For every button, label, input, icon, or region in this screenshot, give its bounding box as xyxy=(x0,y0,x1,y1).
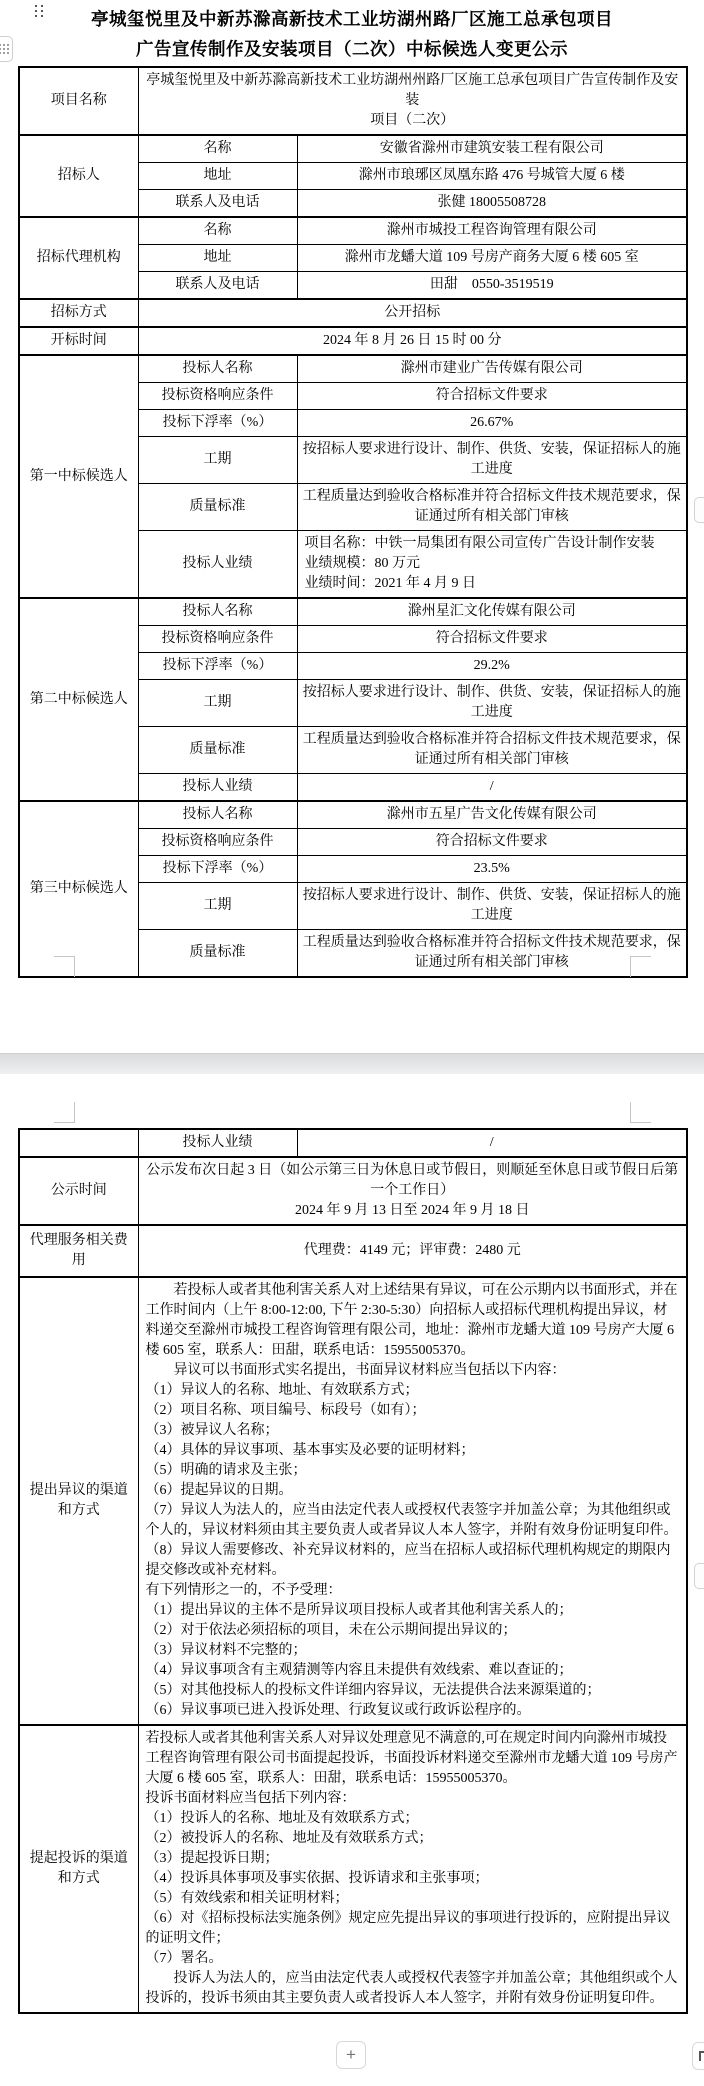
row-group-label: 招标代理机构 xyxy=(19,217,138,299)
field-key-cell: 地址 xyxy=(138,163,297,190)
field-key-cell: 质量标准 xyxy=(138,484,297,531)
paragraph-line: （6）异议事项已进入投诉处理、行政复议或行政诉讼程序的。 xyxy=(146,1701,681,1721)
paragraph-line: （1）提出异议的主体不是所异议项目投标人或者其他利害关系人的； xyxy=(146,1601,681,1621)
paragraph-line: （2）项目名称、项目编号、标段号（如有）； xyxy=(146,1401,681,1421)
paragraph-line: （7）异议人为法人的，应当由法定代表人或授权代表签字并加盖公章；为其他组织或个人… xyxy=(146,1501,681,1541)
field-value-cell: 工程质量达到验收合格标准并符合招标文件技术规范要求，保证通过所有相关部门审核 xyxy=(297,930,687,978)
right-edge-handle[interactable] xyxy=(694,497,704,523)
field-value-cell: 符合招标文件要求 xyxy=(297,383,687,410)
page-separator xyxy=(0,1053,704,1074)
paragraph-line: （1）投诉人的名称、地址及有效联系方式； xyxy=(146,1809,681,1829)
row-group-label: 提起投诉的渠道和方式 xyxy=(19,1725,138,2013)
field-key-cell: 名称 xyxy=(138,135,297,163)
field-key-cell: 投标下浮率（%） xyxy=(138,653,297,680)
field-key-cell: 质量标准 xyxy=(138,930,297,978)
crop-mark xyxy=(630,1102,631,1123)
side-drag-handle-button[interactable] xyxy=(0,36,13,62)
paragraph-line: 若投标人或者其他利害关系人对上述结果有异议，可在公示期内以书面形式，并在工作时间… xyxy=(146,1281,681,1361)
paragraph-line: 异议可以书面形式实名提出，书面异议材料应当包括以下内容： xyxy=(146,1361,681,1381)
right-edge-handle[interactable] xyxy=(694,1563,704,1589)
field-value-cell: 按招标人要求进行设计、制作、供货、安装，保证招标人的施工进度 xyxy=(297,437,687,484)
field-value-cell: 公开招标 xyxy=(138,299,687,327)
field-value-cell: 滁州市城投工程咨询管理有限公司 xyxy=(297,217,687,245)
bid-announcement-table-page1: 项目名称亭城玺悦里及中新苏滁高新技术工业坊湖州州路厂区施工总承包项目广告宣传制作… xyxy=(18,66,688,978)
row-group-label: 第二中标候选人 xyxy=(19,598,138,801)
field-key-cell: 投标人业绩 xyxy=(138,774,297,802)
bid-announcement-table-page2: 投标人业绩/公示时间公示发布次日起 3 日（如公示第三日为休息日或节假日，则顺延… xyxy=(18,1128,688,2014)
field-value-cell: 符合招标文件要求 xyxy=(297,829,687,856)
field-key-cell: 投标资格响应条件 xyxy=(138,383,297,410)
field-key-cell: 投标资格响应条件 xyxy=(138,626,297,653)
crop-mark xyxy=(74,1102,75,1123)
field-key-cell: 投标人名称 xyxy=(138,801,297,829)
row-group-label xyxy=(19,1129,138,1157)
field-value-cell: 按招标人要求进行设计、制作、供货、安装，保证招标人的施工进度 xyxy=(297,680,687,727)
nine-dot-grid-icon xyxy=(0,44,9,54)
paragraph-line: （4）异议事项含有主观猜测等内容且未提供有效线索、难以查证的； xyxy=(146,1661,681,1681)
field-key-cell: 名称 xyxy=(138,217,297,245)
row-group-label: 公示时间 xyxy=(19,1157,138,1225)
paragraph-line: （7）署名。 xyxy=(146,1949,681,1969)
field-key-cell: 投标人名称 xyxy=(138,598,297,626)
field-key-cell: 工期 xyxy=(138,680,297,727)
crop-mark xyxy=(74,956,75,977)
field-value-cell: 代理费：4149 元；评审费：2480 元 xyxy=(138,1225,687,1277)
field-value-cell: 滁州市龙蟠大道 109 号房产商务大厦 6 楼 605 室 xyxy=(297,245,687,272)
paragraph-line: 若投标人或者其他利害关系人对异议处理意见不满意的,可在规定时间内向滁州市城投工程… xyxy=(146,1729,681,1789)
paragraph-line: （8）异议人需要修改、补充异议材料的，应当在招标人或招标代理机构规定的期限内提交… xyxy=(146,1541,681,1581)
field-value-cell: / xyxy=(297,774,687,802)
paragraph-line: 投诉书面材料应当包括下列内容： xyxy=(146,1789,681,1809)
paragraph-line: （5）对其他投标人的投标文件详细内容异议，无法提供合法来源渠道的； xyxy=(146,1681,681,1701)
paragraph-line: （2）被投诉人的名称、地址及有效联系方式； xyxy=(146,1829,681,1849)
crop-mark xyxy=(630,1122,651,1123)
paragraph-line: （5）有效线索和相关证明材料； xyxy=(146,1889,681,1909)
crop-mark xyxy=(630,956,651,957)
zoom-in-button[interactable]: + xyxy=(336,2041,366,2069)
field-key-cell: 投标人名称 xyxy=(138,355,297,383)
field-value-cell: 2024 年 8 月 26 日 15 时 00 分 xyxy=(138,327,687,355)
field-value-cell: 项目名称：中铁一局集团有限公司宣传广告设计制作安装 业绩规模：80 万元 业绩时… xyxy=(297,531,687,599)
paragraph-line: （1）异议人的名称、地址、有效联系方式； xyxy=(146,1381,681,1401)
paragraph-line: （3）提起投诉日期； xyxy=(146,1849,681,1869)
field-value-cell: 滁州市五星广告文化传媒有限公司 xyxy=(297,801,687,829)
field-value-cell: 田甜 0550-3519519 xyxy=(297,272,687,300)
field-key-cell: 投标下浮率（%） xyxy=(138,410,297,437)
field-value-cell: 亭城玺悦里及中新苏滁高新技术工业坊湖州州路厂区施工总承包项目广告宣传制作及安装 … xyxy=(138,67,687,135)
field-value-cell: 滁州星汇文化传媒有限公司 xyxy=(297,598,687,626)
field-value-cell: 滁州市建业广告传媒有限公司 xyxy=(297,355,687,383)
field-value-cell: 按招标人要求进行设计、制作、供货、安装，保证招标人的施工进度 xyxy=(297,883,687,930)
document-title-line1: 亭城玺悦里及中新苏滁高新技术工业坊湖州路厂区施工总承包项目 xyxy=(18,4,686,34)
field-key-cell: 工期 xyxy=(138,437,297,484)
row-group-label: 提出异议的渠道和方式 xyxy=(19,1277,138,1725)
document-viewer: { "doc": { "title_line1": "亭城玺悦里及中新苏滁高新技… xyxy=(0,0,704,2086)
paragraph-line: 投诉人为法人的，应当由法定代表人或授权代表签字并加盖公章；其他组织或个人投诉的，… xyxy=(146,1969,681,2009)
row-group-label: 代理服务相关费用 xyxy=(19,1225,138,1277)
row-group-label: 招标方式 xyxy=(19,299,138,327)
field-value-cell: 23.5% xyxy=(297,856,687,883)
crop-mark xyxy=(54,956,75,957)
row-group-label: 第一中标候选人 xyxy=(19,355,138,598)
field-key-cell: 工期 xyxy=(138,883,297,930)
page-corner-icon xyxy=(699,2051,704,2061)
field-value-cell: 滁州市琅琊区凤凰东路 476 号城管大厦 6 楼 xyxy=(297,163,687,190)
field-key-cell: 联系人及电话 xyxy=(138,190,297,218)
field-value-cell: 工程质量达到验收合格标准并符合招标文件技术规范要求，保证通过所有相关部门审核 xyxy=(297,484,687,531)
paragraph-line: （2）对于依法必须招标的项目，未在公示期间提出异议的； xyxy=(146,1621,681,1641)
paragraph-line: 有下列情形之一的，不予受理： xyxy=(146,1581,681,1601)
document-title: 亭城玺悦里及中新苏滁高新技术工业坊湖州路厂区施工总承包项目 广告宣传制作及安装项… xyxy=(18,4,686,64)
viewer-corner-button[interactable] xyxy=(692,2042,704,2070)
field-key-cell: 投标人业绩 xyxy=(138,1129,297,1157)
field-key-cell: 投标资格响应条件 xyxy=(138,829,297,856)
field-value-cell: 工程质量达到验收合格标准并符合招标文件技术规范要求，保证通过所有相关部门审核 xyxy=(297,727,687,774)
crop-mark xyxy=(630,956,631,977)
field-value-cell: / xyxy=(297,1129,687,1157)
crop-mark xyxy=(54,1122,75,1123)
paragraph-line: （4）投诉具体事项及事实依据、投诉请求和主张事项； xyxy=(146,1869,681,1889)
field-key-cell: 投标人业绩 xyxy=(138,531,297,599)
field-key-cell: 质量标准 xyxy=(138,727,297,774)
paragraph-line: （6）对《招标投标法实施条例》规定应先提出异议的事项进行投诉的，应附提出异议的证… xyxy=(146,1909,681,1949)
paragraph-line: （3）异议材料不完整的； xyxy=(146,1641,681,1661)
row-group-label: 第三中标候选人 xyxy=(19,801,138,977)
paragraph-line: （3）被异议人名称； xyxy=(146,1421,681,1441)
field-value-cell: 29.2% xyxy=(297,653,687,680)
row-group-label: 项目名称 xyxy=(19,67,138,135)
field-key-cell: 地址 xyxy=(138,245,297,272)
field-value-cell: 张健 18005508728 xyxy=(297,190,687,218)
paragraph-line: （4）具体的异议事项、基本事实及必要的证明材料； xyxy=(146,1441,681,1461)
paragraph-line: （5）明确的请求及主张； xyxy=(146,1461,681,1481)
field-value-cell: 符合招标文件要求 xyxy=(297,626,687,653)
field-value-cell: 若投标人或者其他利害关系人对上述结果有异议，可在公示期内以书面形式，并在工作时间… xyxy=(138,1277,687,1725)
field-key-cell: 投标下浮率（%） xyxy=(138,856,297,883)
field-value-cell: 若投标人或者其他利害关系人对异议处理意见不满意的,可在规定时间内向滁州市城投工程… xyxy=(138,1725,687,2013)
document-title-line2: 广告宣传制作及安装项目（二次）中标候选人变更公示 xyxy=(18,34,686,64)
field-key-cell: 联系人及电话 xyxy=(138,272,297,300)
row-group-label: 招标人 xyxy=(19,135,138,217)
field-value-cell: 安徽省滁州市建筑安装工程有限公司 xyxy=(297,135,687,163)
paragraph-line: （6）提起异议的日期。 xyxy=(146,1481,681,1501)
field-value-cell: 公示发布次日起 3 日（如公示第三日为休息日或节假日，则顺延至休息日或节假日后第… xyxy=(138,1157,687,1225)
row-group-label: 开标时间 xyxy=(19,327,138,355)
field-value-cell: 26.67% xyxy=(297,410,687,437)
